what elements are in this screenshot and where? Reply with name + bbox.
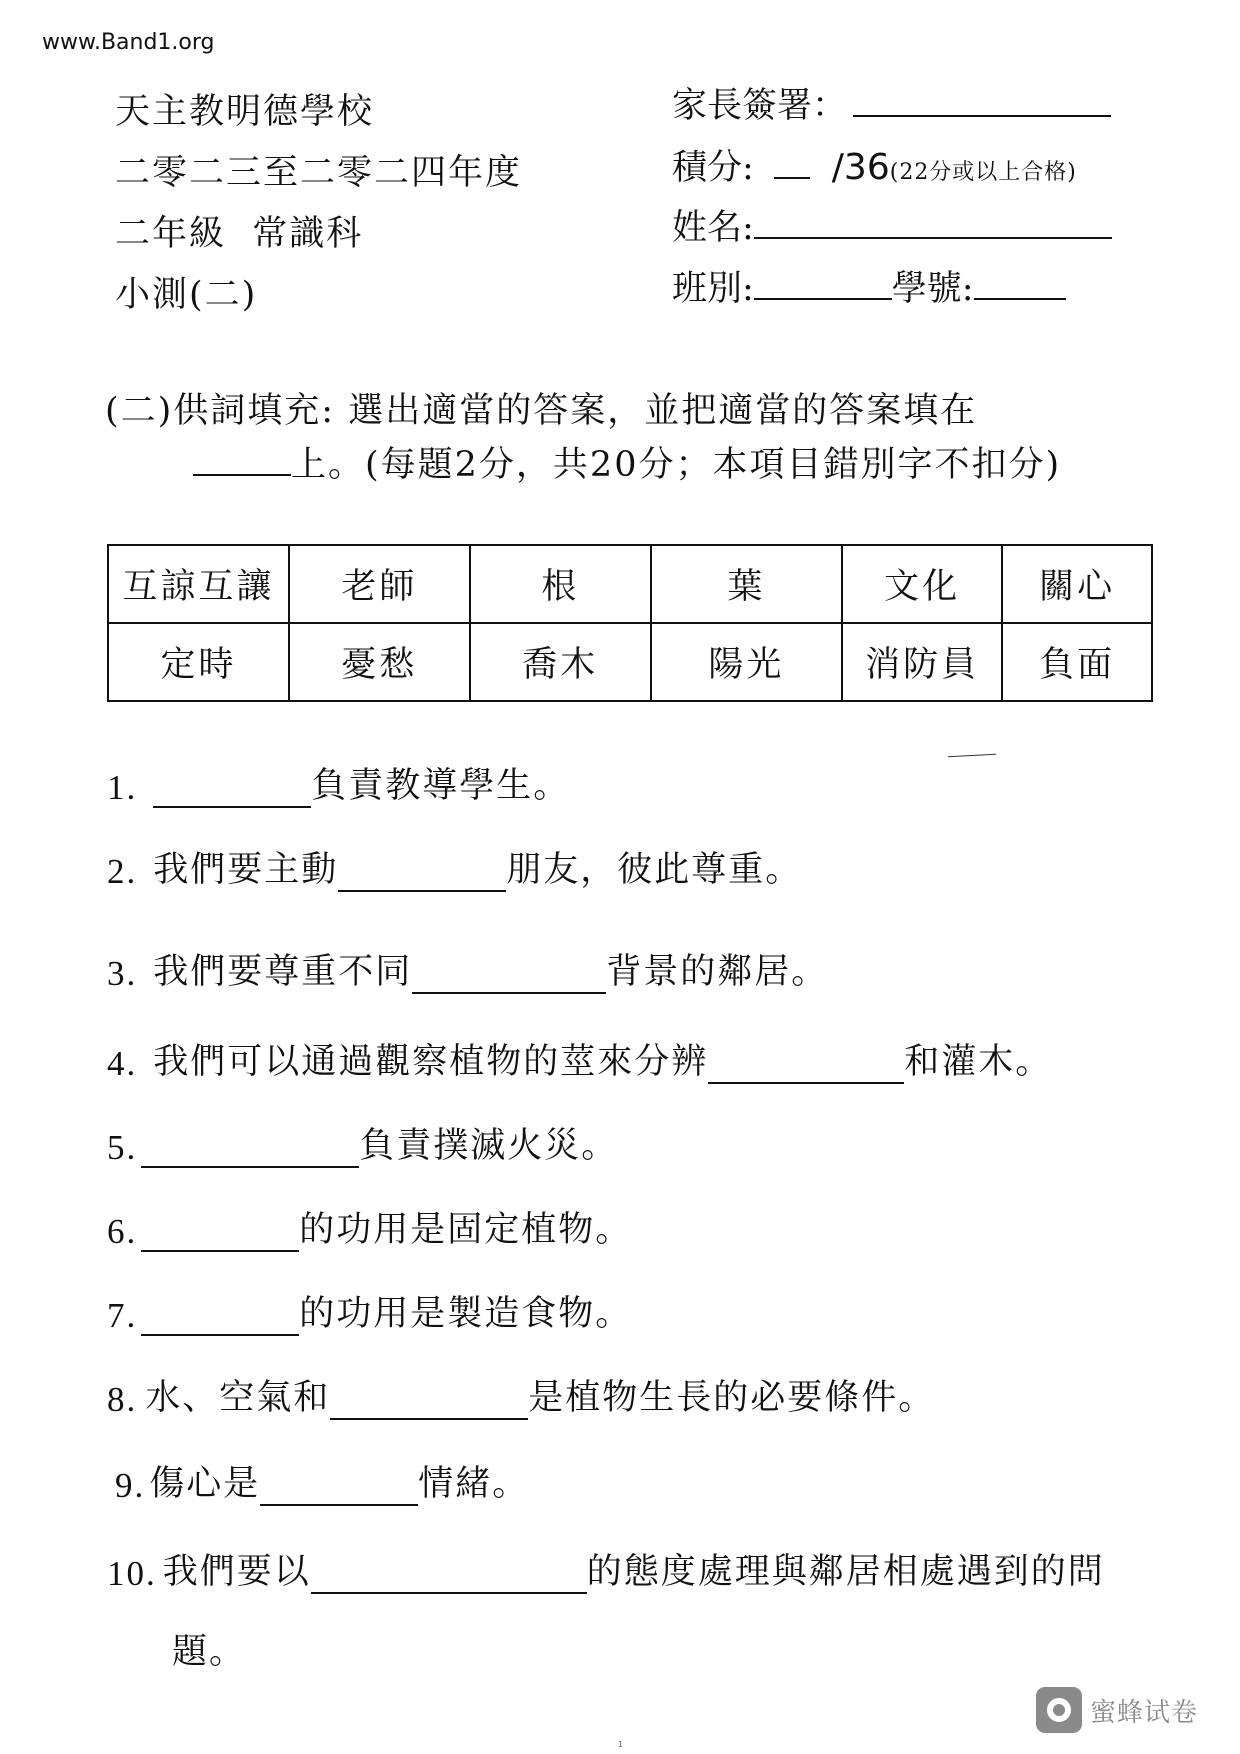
question-number: 3.	[107, 954, 137, 994]
stray-pen-mark	[948, 754, 996, 758]
school-name: 天主教明德學校	[115, 82, 522, 143]
example-blank	[193, 444, 291, 476]
question-7: 7. 的功用是製造食物。	[107, 1286, 632, 1336]
question-text: 的態度處理與鄰居相處遇到的問	[587, 1544, 1105, 1594]
question-number: 10.	[107, 1554, 157, 1594]
word-bank-cell: 老師	[289, 545, 470, 623]
word-bank-cell: 消防員	[842, 623, 1002, 701]
question-10-continuation: 題。	[172, 1624, 246, 1674]
word-bank-cell: 關心	[1002, 545, 1152, 623]
page-number: 1	[618, 1740, 623, 1749]
watermark-text: 蜜蜂试卷	[1090, 1692, 1198, 1729]
test-name: 小測(二)	[115, 265, 522, 326]
student-no-field[interactable]	[974, 264, 1066, 300]
word-bank-cell: 互諒互讓	[108, 545, 289, 623]
parent-signature-label: 家長簽署：	[672, 76, 847, 137]
bee-q-logo-icon	[1036, 1687, 1082, 1733]
word-bank-row: 互諒互讓 老師 根 葉 文化 關心	[108, 545, 1152, 623]
question-text: 我們要主動	[153, 842, 338, 892]
answer-blank-4[interactable]	[708, 1046, 904, 1084]
question-number: 9.	[115, 1466, 145, 1506]
word-bank-row: 定時 憂愁 喬木 陽光 消防員 負面	[108, 623, 1152, 701]
name-row: 姓名:	[672, 198, 1132, 259]
site-label: www.Band1.org	[42, 30, 215, 55]
question-text: 我們要以	[163, 1544, 311, 1594]
word-bank-cell: 定時	[108, 623, 289, 701]
question-8: 8. 水、空氣和 是植物生長的必要條件。	[107, 1370, 935, 1420]
answer-blank-5[interactable]	[141, 1130, 359, 1168]
question-4: 4. 我們可以通過觀察植物的莖來分辨 和灌木。	[107, 1034, 1052, 1084]
question-1: 1. 負責教導學生。	[107, 758, 570, 808]
question-text: 水、空氣和	[145, 1370, 330, 1420]
class-row: 班別: 學號:	[672, 259, 1132, 320]
question-text: 背景的鄰居。	[606, 944, 828, 994]
answer-blank-6[interactable]	[141, 1214, 299, 1252]
question-number: 6.	[107, 1212, 137, 1252]
answer-blank-8[interactable]	[330, 1382, 528, 1420]
answer-blank-3[interactable]	[412, 956, 606, 994]
question-text: 負責教導學生。	[311, 758, 570, 808]
parent-signature-field[interactable]	[853, 81, 1111, 117]
question-text: 朋友，彼此尊重。	[506, 842, 802, 892]
question-text: 的功用是製造食物。	[299, 1286, 632, 1336]
pass-mark-note: (22分或以上合格)	[890, 142, 1077, 203]
watermark: 蜜蜂试卷	[1036, 1687, 1198, 1733]
answer-blank-7[interactable]	[141, 1298, 299, 1336]
question-3: 3. 我們要尊重不同 背景的鄰居。	[107, 944, 828, 994]
question-text: 的功用是固定植物。	[299, 1202, 632, 1252]
question-text: 負責撲滅火災。	[359, 1118, 618, 1168]
parent-signature-row: 家長簽署：	[672, 76, 1132, 137]
question-number: 1.	[107, 768, 137, 808]
answer-blank-2[interactable]	[338, 854, 506, 892]
question-text: 是植物生長的必要條件。	[528, 1370, 935, 1420]
name-field[interactable]	[754, 203, 1112, 239]
word-bank-cell: 負面	[1002, 623, 1152, 701]
question-5: 5. 負責撲滅火災。	[107, 1118, 618, 1168]
word-bank-table: 互諒互讓 老師 根 葉 文化 關心 定時 憂愁 喬木 陽光 消防員 負面	[107, 544, 1153, 702]
section-instructions: (二)供詞填充: 選出適當的答案，並把適當的答案填在 上。(每題2分，共20分；…	[105, 384, 1105, 492]
question-10: 10. 我們要以 的態度處理與鄰居相處遇到的問	[107, 1544, 1105, 1594]
question-text: 和灌木。	[904, 1034, 1052, 1084]
class-label: 班別:	[672, 259, 754, 320]
student-info-form: 家長簽署： 積分: /36 (22分或以上合格) 姓名: 班別: 學號:	[672, 76, 1132, 320]
question-text: 我們可以通過觀察植物的莖來分辨	[153, 1034, 708, 1084]
instruction-line-2-text: 上。(每題2分，共20分；本項目錯別字不扣分)	[291, 445, 1061, 485]
instruction-line-2: 上。(每題2分，共20分；本項目錯別字不扣分)	[105, 438, 1105, 492]
word-bank-cell: 文化	[842, 545, 1002, 623]
word-bank-cell: 葉	[651, 545, 842, 623]
answer-blank-9[interactable]	[260, 1468, 418, 1506]
question-text: 題。	[172, 1624, 246, 1674]
score-label: 積分:	[672, 138, 754, 199]
word-bank-cell: 陽光	[651, 623, 842, 701]
question-2: 2. 我們要主動 朋友，彼此尊重。	[107, 842, 802, 892]
word-bank-cell: 憂愁	[289, 623, 470, 701]
question-text: 情緒。	[418, 1456, 529, 1506]
student-no-label: 學號:	[892, 259, 974, 320]
word-bank-cell: 根	[470, 545, 651, 623]
score-total: /36	[832, 137, 890, 198]
question-9: 9. 傷心是 情緒。	[115, 1456, 529, 1506]
class-field[interactable]	[754, 264, 892, 300]
score-field[interactable]	[774, 143, 810, 179]
question-text: 傷心是	[149, 1456, 260, 1506]
question-number: 5.	[107, 1128, 137, 1168]
answer-blank-10[interactable]	[311, 1556, 587, 1594]
answer-blank-1[interactable]	[153, 770, 311, 808]
question-number: 2.	[107, 852, 137, 892]
name-label: 姓名:	[672, 198, 754, 259]
question-6: 6. 的功用是固定植物。	[107, 1202, 632, 1252]
question-number: 8.	[107, 1380, 137, 1420]
grade-subject: 二年級 常識科	[115, 204, 522, 265]
question-number: 7.	[107, 1296, 137, 1336]
instruction-line-1: (二)供詞填充: 選出適當的答案，並把適當的答案填在	[105, 384, 1105, 438]
question-number: 4.	[107, 1044, 137, 1084]
score-row: 積分: /36 (22分或以上合格)	[672, 137, 1132, 198]
question-text: 我們要尊重不同	[153, 944, 412, 994]
exam-header: 天主教明德學校 二零二三至二零二四年度 二年級 常識科 小測(二)	[115, 82, 522, 326]
school-year: 二零二三至二零二四年度	[115, 143, 522, 204]
word-bank-cell: 喬木	[470, 623, 651, 701]
